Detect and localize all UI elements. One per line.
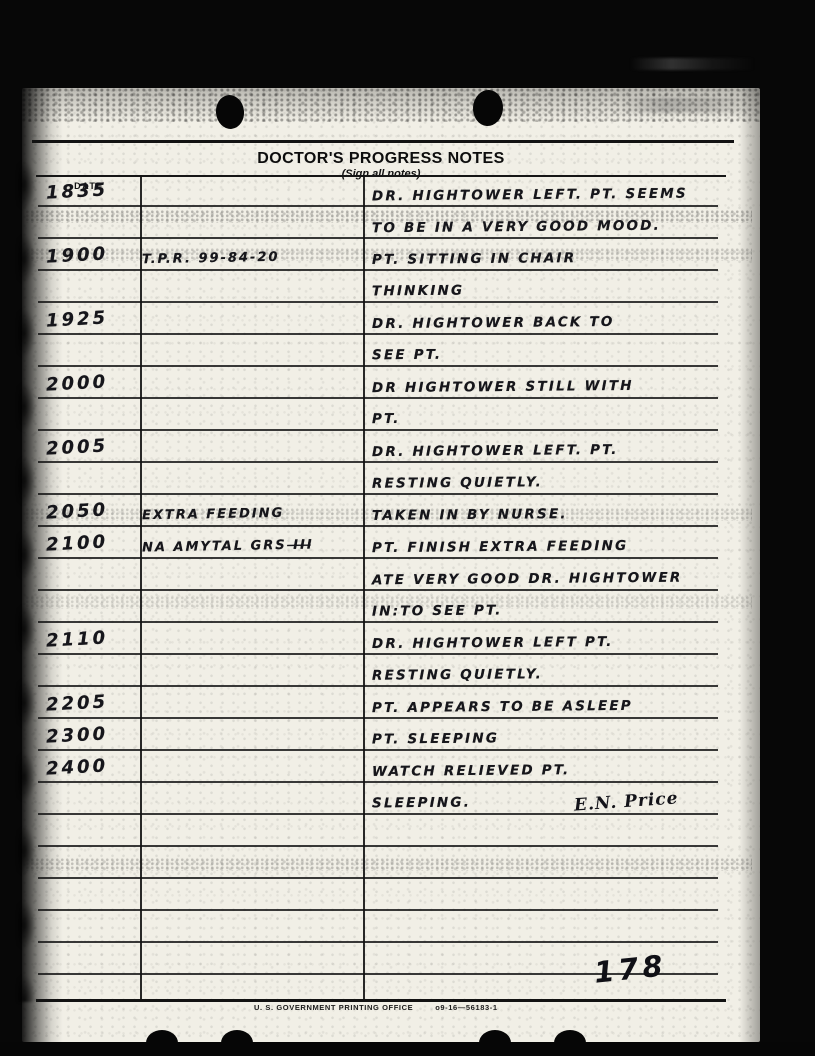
entry-note-line: DR. HIGHTOWER LEFT. PT. SEEMS [372,186,688,205]
scan-noise-strip [26,858,752,871]
entry-note-line: DR. HIGHTOWER LEFT. PT. [372,442,619,460]
column-separator [140,175,142,999]
entry-note-line: SLEEPING. [372,795,471,812]
entry-time: 2400 [45,755,108,779]
entry-time: 2110 [45,627,108,651]
table-bottom-rule [36,999,726,1002]
scan-noise-top [22,88,760,122]
entry-note-line: PT. APPEARS TO BE ASLEEP [372,698,633,716]
scan-bottom-band [0,1042,815,1056]
entry-time: 2005 [45,435,108,459]
entry-note-line: DR HIGHTOWER STILL WITH [372,378,634,396]
entry-time: 2100 [45,531,108,555]
entry-note-line: RESTING QUIETLY. [372,666,543,683]
entry-treatment: NA AMYTAL GRS I̶I̶I̶ [142,538,314,556]
handwritten-page-number: 178 [592,948,668,989]
form-number-text: o9-16—56183-1 [435,1003,497,1012]
entry-note-line: PT. [372,411,401,427]
entry-note-line: WATCH RELIEVED PT. [372,762,570,780]
entry-note-line: PT. SITTING IN CHAIR [372,250,576,268]
entry-note-line: PT. SLEEPING [372,730,499,747]
entry-treatment: EXTRA FEEDING [142,506,284,523]
column-separator [363,175,365,999]
entry-note-line: IN:TO SEE PT. [372,602,503,619]
entry-note-line: SEE PT. [372,347,442,364]
entry-time: 2300 [45,723,108,747]
entry-time: 1925 [45,307,108,331]
entry-time: 2000 [45,371,108,395]
form-title: DOCTOR'S PROGRESS NOTES [36,150,726,168]
printing-office-text: U. S. GOVERNMENT PRINTING OFFICE [254,1003,413,1012]
punch-hole-icon [472,89,504,127]
entry-note-line: RESTING QUIETLY. [372,474,543,491]
entry-time: 1835 [45,179,108,203]
scan-smudge-black-band [630,58,755,70]
paper-sheet: DOCTOR'S PROGRESS NOTES (Sign all notes)… [22,88,760,1042]
nurse-signature: E.N. Price [573,788,679,815]
entry-note-line: TO BE IN A VERY GOOD MOOD. [372,218,661,237]
entry-time: 2050 [45,499,108,523]
entry-note-line: THINKING [372,283,464,300]
header-rule [32,140,734,143]
scanned-document-page: DOCTOR'S PROGRESS NOTES (Sign all notes)… [0,0,815,1056]
entry-note-line: TAKEN IN BY NURSE. [372,506,568,524]
entry-time: 1900 [45,243,108,267]
scan-noise-right [734,88,760,1042]
entry-note-line: DR. HIGHTOWER BACK TO [372,314,615,332]
entry-time: 2205 [45,691,108,715]
scan-smudge [620,98,752,113]
entry-note-line: DR. HIGHTOWER LEFT PT. [372,634,614,652]
scan-noise-left [22,88,70,1042]
entry-note-line: ATE VERY GOOD DR. HIGHTOWER [372,570,683,589]
entry-treatment: T.P.R. 99-84-20 [142,250,280,267]
printing-office-footer: U. S. GOVERNMENT PRINTING OFFICEo9-16—56… [254,1003,498,1012]
punch-hole-icon [214,94,245,131]
entry-note-line: PT. FINISH EXTRA FEEDING [372,538,629,556]
scan-blotch-left [18,148,48,1002]
